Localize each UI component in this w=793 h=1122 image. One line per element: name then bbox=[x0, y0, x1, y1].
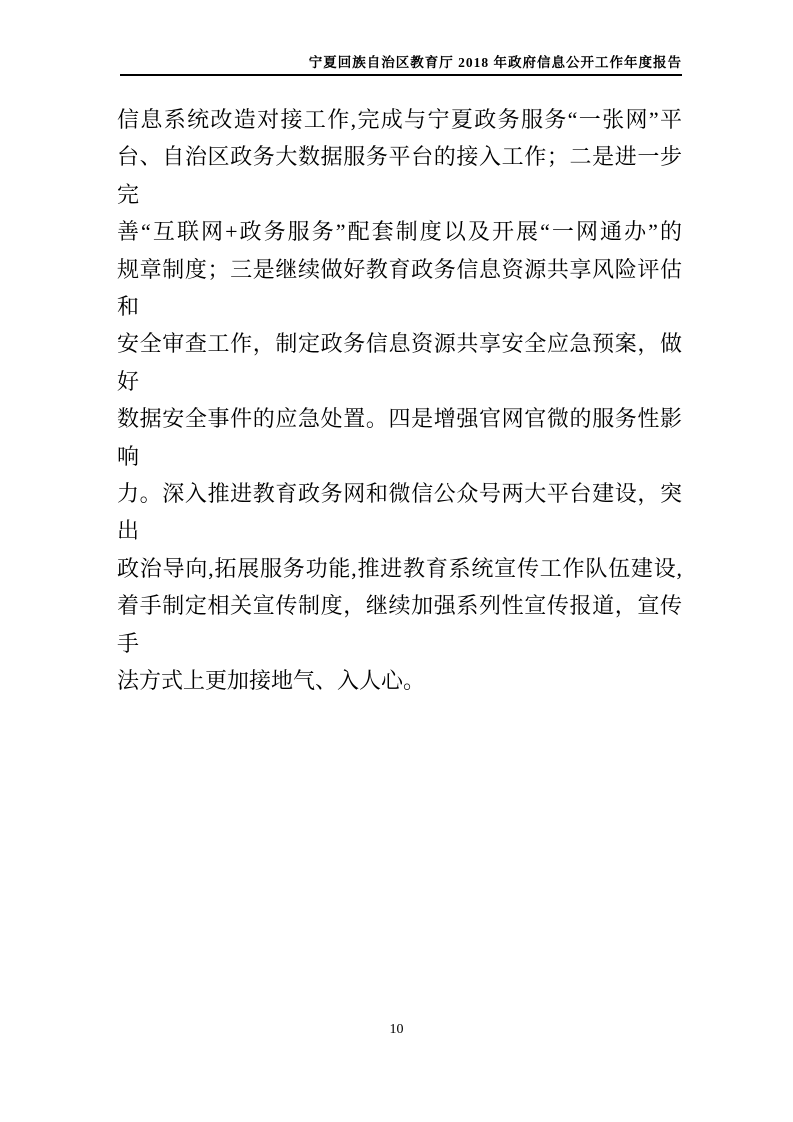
body-line: 力。深入推进教育政务网和微信公众号两大平台建设，突出 bbox=[117, 475, 682, 550]
body-line: 政治导向,拓展服务功能,推进教育系统宣传工作队伍建设, bbox=[117, 550, 682, 587]
body-line: 台、自治区政务大数据服务平台的接入工作；二是进一步完 bbox=[117, 138, 682, 213]
header-rule bbox=[120, 74, 682, 76]
body-line: 数据安全事件的应急处置。四是增强官网官微的服务性影响 bbox=[117, 400, 682, 475]
body-line: 安全审查工作，制定政务信息资源共享安全应急预案，做好 bbox=[117, 325, 682, 400]
body-line: 规章制度；三是继续做好教育政务信息资源共享风险评估和 bbox=[117, 251, 682, 326]
body-line: 信息系统改造对接工作,完成与宁夏政务服务“一张网”平 bbox=[117, 101, 682, 138]
body-line: 着手制定相关宣传制度，继续加强系列性宣传报道，宣传手 bbox=[117, 587, 682, 662]
header-title: 宁夏回族自治区教育厅 2018 年政府信息公开工作年度报告 bbox=[120, 51, 682, 71]
body-line: 善“互联网+政务服务”配套制度以及开展“一网通办”的 bbox=[117, 213, 682, 250]
body-line: 法方式上更加接地气、入人心。 bbox=[117, 662, 682, 699]
page-number: 10 bbox=[0, 1022, 793, 1038]
body-paragraph: 信息系统改造对接工作,完成与宁夏政务服务“一张网”平 台、自治区政务大数据服务平… bbox=[117, 101, 682, 700]
document-page: 宁夏回族自治区教育厅 2018 年政府信息公开工作年度报告 信息系统改造对接工作… bbox=[0, 0, 793, 1122]
